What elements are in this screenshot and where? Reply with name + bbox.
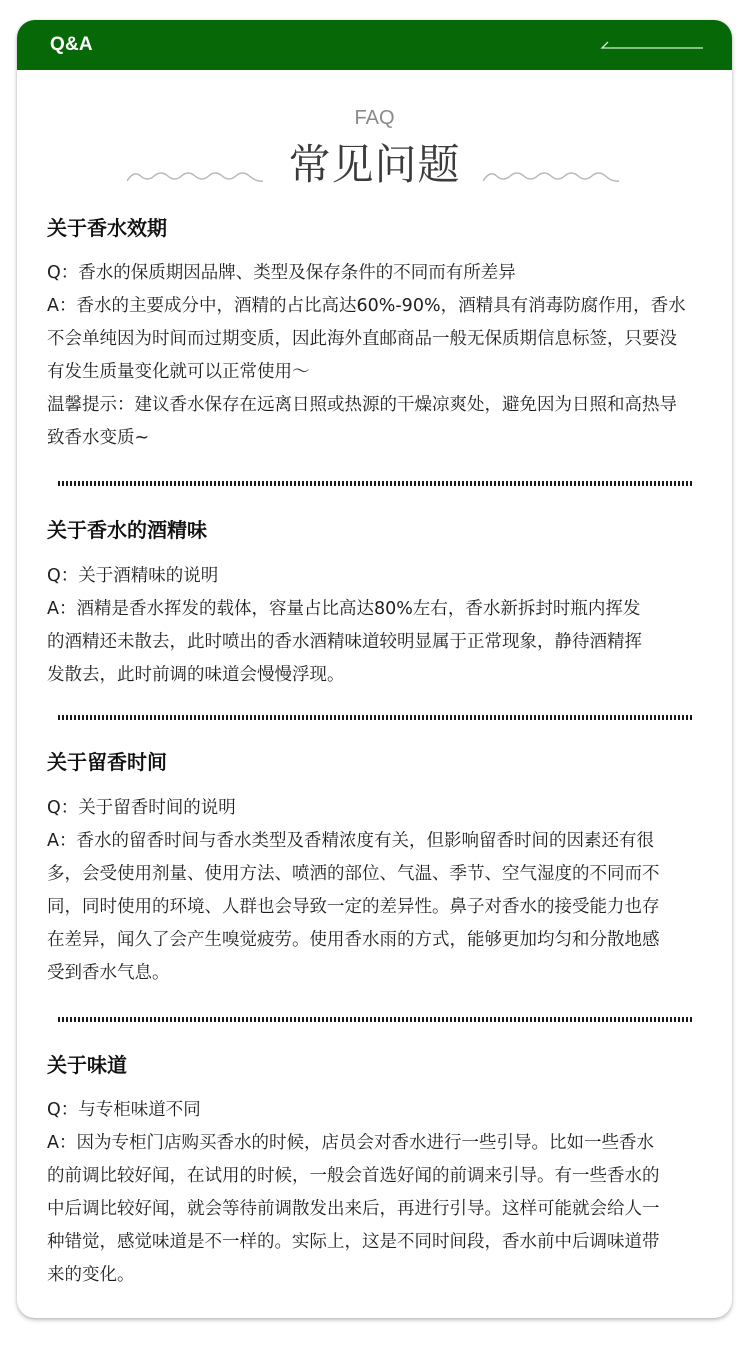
section-title-expiry: 关于香水效期 — [47, 212, 167, 241]
section-body-longevity: Q：关于留香时间的说明 A：香水的留香时间与香水类型及香精浓度有关，但影响留香时… — [47, 792, 707, 990]
answer-text: 种错觉，感觉味道是不一样的。实际上，这是不同时间段，香水前中后调味道带 — [47, 1226, 707, 1259]
left-arrow-line-icon — [599, 40, 703, 50]
dotted-divider — [58, 481, 692, 486]
wavy-line-icon — [127, 170, 263, 184]
section-title-alcohol: 关于香水的酒精味 — [47, 514, 207, 543]
tip-text: 温馨提示：建议香水保存在远离日照或热源的干燥凉爽处，避免因为日照和高热导 — [47, 389, 707, 422]
answer-text: 有发生质量变化就可以正常使用～ — [47, 356, 707, 389]
faq-label: FAQ — [17, 107, 732, 130]
wavy-line-icon — [483, 170, 619, 184]
answer-text: 发散去，此时前调的味道会慢慢浮现。 — [47, 659, 707, 692]
tip-text: 致香水变质~ — [47, 422, 707, 455]
section-title-longevity: 关于留香时间 — [47, 746, 167, 775]
answer-text: A：因为专柜门店购买香水的时候，店员会对香水进行一些引导。比如一些香水 — [47, 1127, 707, 1160]
answer-text: A：香水的主要成分中，酒精的占比高达60%-90%，酒精具有消毒防腐作用，香水 — [47, 290, 707, 323]
page-title: 常见问题 — [17, 132, 732, 192]
answer-text: 同，同时使用的环境、人群也会导致一定的差异性。鼻子对香水的接受能力也存 — [47, 891, 707, 924]
answer-text: A：香水的留香时间与香水类型及香精浓度有关，但影响留香时间的因素还有很 — [47, 825, 707, 858]
answer-text: 在差异，闻久了会产生嗅觉疲劳。使用香水雨的方式，能够更加均匀和分散地感 — [47, 924, 707, 957]
question-text: Q：关于酒精味的说明 — [47, 560, 707, 593]
section-body-alcohol: Q：关于酒精味的说明 A：酒精是香水挥发的载体，容量占比高达80%左右，香水新拆… — [47, 560, 707, 692]
question-text: Q：与专柜味道不同 — [47, 1094, 707, 1127]
section-body-scent: Q：与专柜味道不同 A：因为专柜门店购买香水的时候，店员会对香水进行一些引导。比… — [47, 1094, 707, 1292]
answer-text: 的酒精还未散去，此时喷出的香水酒精味道较明显属于正常现象，静待酒精挥 — [47, 626, 707, 659]
question-text: Q：香水的保质期因品牌、类型及保存条件的不同而有所差异 — [47, 257, 707, 290]
section-title-scent: 关于味道 — [47, 1049, 127, 1078]
card-header: Q&A — [17, 20, 732, 70]
answer-text: 中后调比较好闻，就会等待前调散发出来后，再进行引导。这样可能就会给人一 — [47, 1193, 707, 1226]
dotted-divider — [58, 715, 692, 720]
answer-text: 受到香水气息。 — [47, 957, 707, 990]
faq-card: Q&A FAQ 常见问题 关于香水效期 Q：香水的保质期因品牌、类型及保存条件的… — [17, 20, 732, 1318]
dotted-divider — [58, 1017, 692, 1022]
header-title: Q&A — [50, 34, 93, 56]
answer-text: 的前调比较好闻，在试用的时候，一般会首选好闻的前调来引导。有一些香水的 — [47, 1160, 707, 1193]
section-body-expiry: Q：香水的保质期因品牌、类型及保存条件的不同而有所差异 A：香水的主要成分中，酒… — [47, 257, 707, 455]
answer-text: 不会单纯因为时间而过期变质，因此海外直邮商品一般无保质期信息标签，只要没 — [47, 323, 707, 356]
answer-text: A：酒精是香水挥发的载体，容量占比高达80%左右，香水新拆封时瓶内挥发 — [47, 593, 707, 626]
answer-text: 来的变化。 — [47, 1259, 707, 1292]
answer-text: 多，会受使用剂量、使用方法、喷洒的部位、气温、季节、空气湿度的不同而不 — [47, 858, 707, 891]
question-text: Q：关于留香时间的说明 — [47, 792, 707, 825]
